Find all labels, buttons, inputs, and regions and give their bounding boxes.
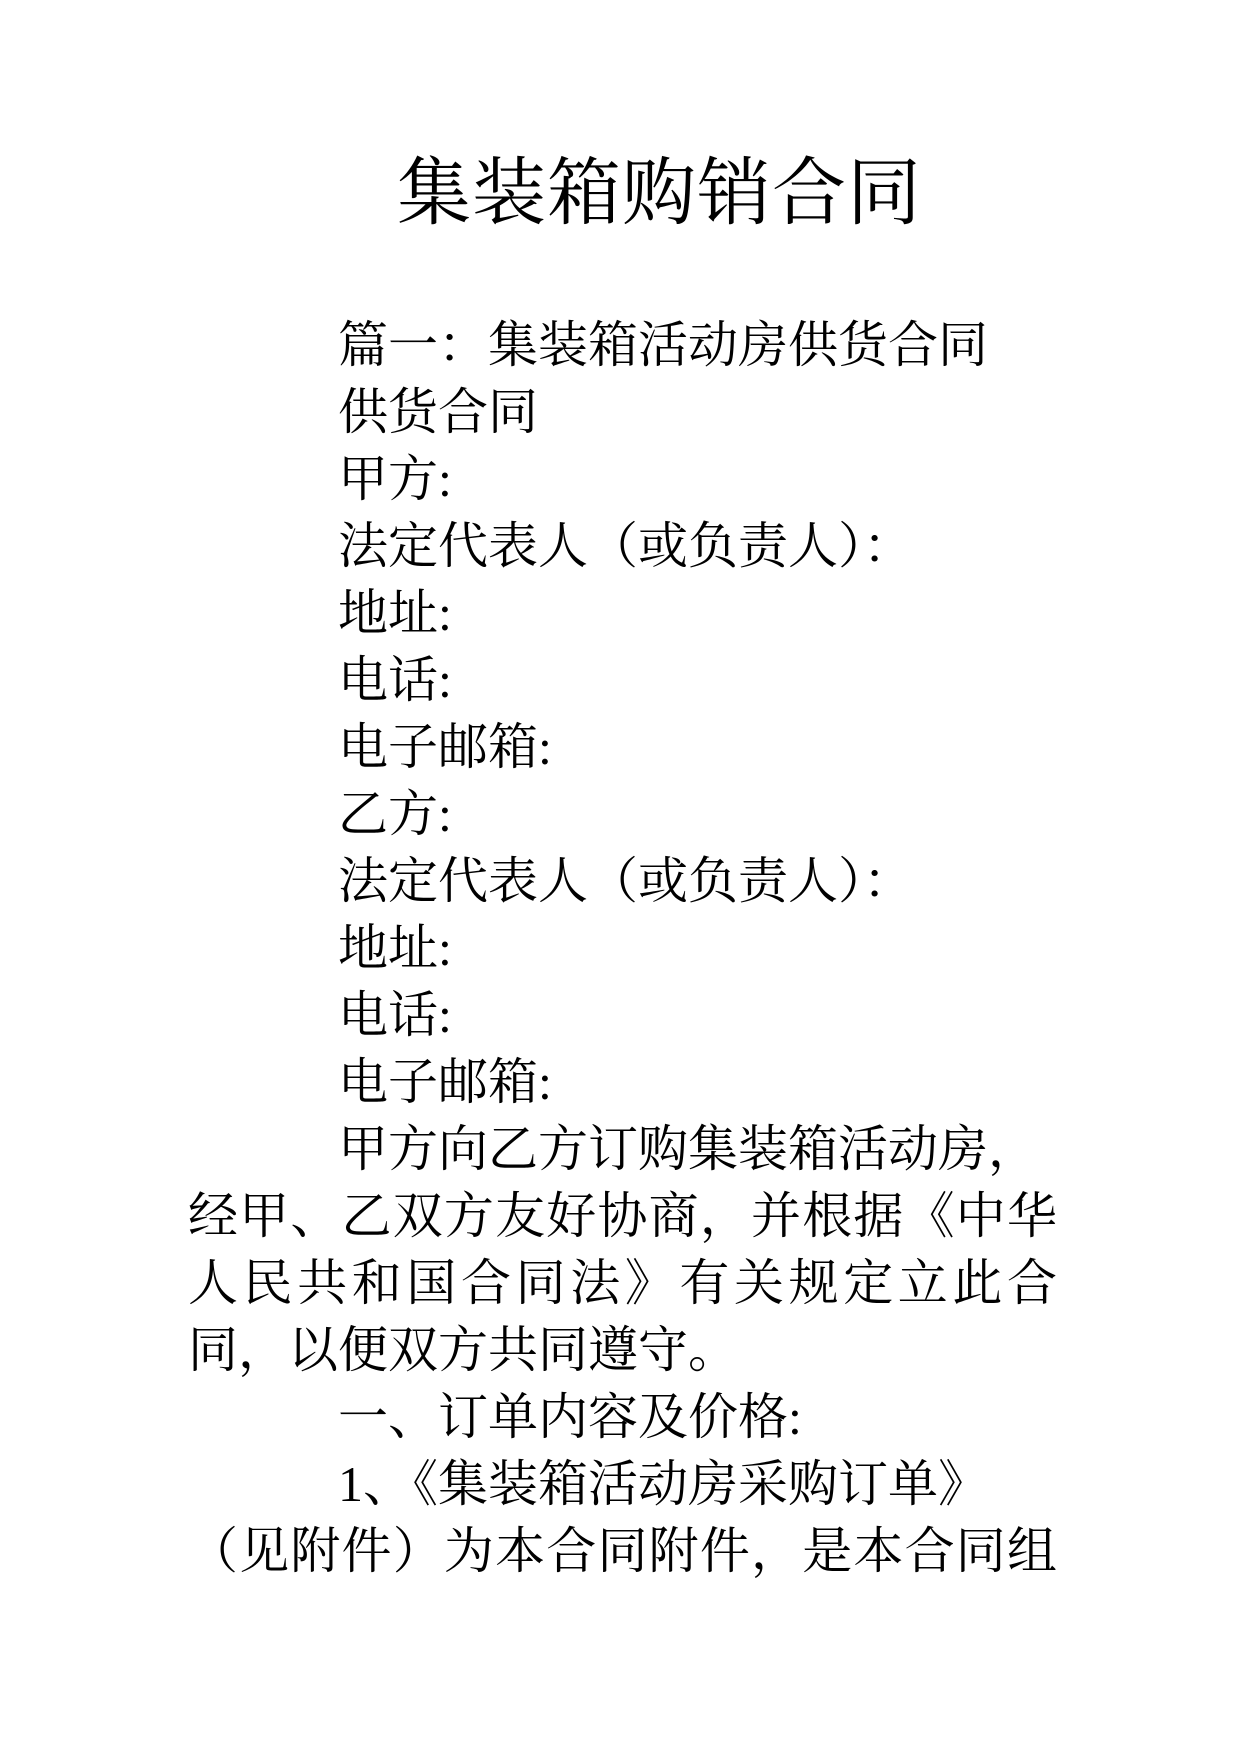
text-line: 同，以便双方共同遵守。 bbox=[188, 1317, 1068, 1384]
text-line: 电话: bbox=[188, 647, 1068, 714]
text-line: （见附件）为本合同附件，是本合同组 bbox=[188, 1518, 1057, 1585]
text-line: 甲方向乙方订购集装箱活动房， bbox=[188, 1116, 1068, 1183]
document-page: 集装箱购销合同 篇一：集装箱活动房供货合同供货合同甲方:法定代表人（或负责人）：… bbox=[0, 0, 1240, 1753]
text-line: 1、《集装箱活动房采购订单》 bbox=[188, 1451, 1068, 1518]
text-line: 电话: bbox=[188, 982, 1068, 1049]
text-line: 一、订单内容及价格: bbox=[188, 1384, 1068, 1451]
text-line: 法定代表人（或负责人）： bbox=[188, 513, 1068, 580]
text-line: 甲方: bbox=[188, 446, 1068, 513]
text-line: 乙方: bbox=[188, 781, 1068, 848]
text-line: 电子邮箱: bbox=[188, 714, 1068, 781]
document-body: 篇一：集装箱活动房供货合同供货合同甲方:法定代表人（或负责人）：地址:电话:电子… bbox=[188, 312, 1068, 1585]
text-line: 经甲、乙双方友好协商，并根据《中华 bbox=[188, 1183, 1057, 1250]
text-line: 法定代表人（或负责人）： bbox=[188, 848, 1068, 915]
text-line: 供货合同 bbox=[188, 379, 1068, 446]
text-line: 人民共和国合同法》有关规定立此合 bbox=[188, 1250, 1057, 1317]
document-title: 集装箱购销合同 bbox=[397, 152, 922, 236]
text-line: 电子邮箱: bbox=[188, 1049, 1068, 1116]
text-line: 地址: bbox=[188, 580, 1068, 647]
text-line: 篇一：集装箱活动房供货合同 bbox=[188, 312, 1068, 379]
text-line: 地址: bbox=[188, 915, 1068, 982]
